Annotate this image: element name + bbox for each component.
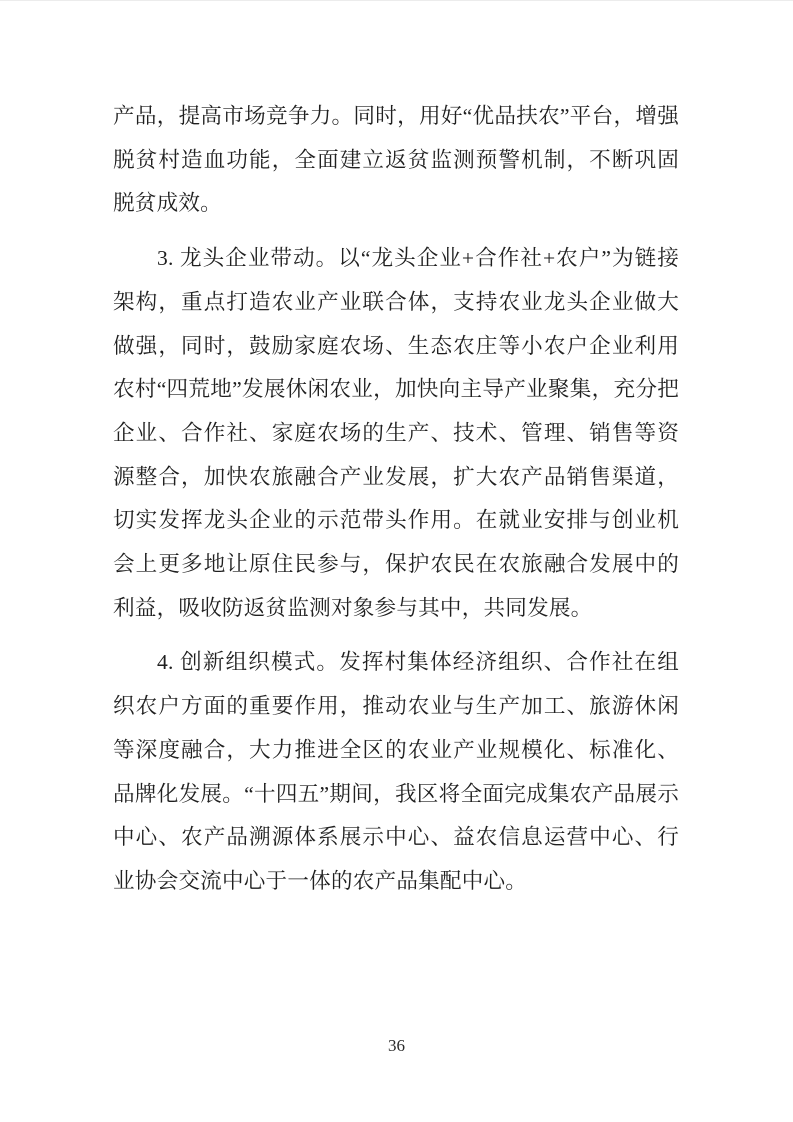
document-page: 产品，提高市场竞争力。同时，用好“优品扶农”平台，增强脱贫村造血功能，全面建立返… — [0, 0, 793, 1122]
document-body: 产品，提高市场竞争力。同时，用好“优品扶农”平台，增强脱贫村造血功能，全面建立返… — [113, 95, 679, 904]
paragraph: 4. 创新组织模式。发挥村集体经济组织、合作社在组织农户方面的重要作用，推动农业… — [113, 641, 679, 903]
paragraph: 产品，提高市场竞争力。同时，用好“优品扶农”平台，增强脱贫村造血功能，全面建立返… — [113, 95, 679, 226]
page-number: 36 — [0, 1035, 793, 1057]
paragraph: 3. 龙头企业带动。以“龙头企业+合作社+农户”为链接架构，重点打造农业产业联合… — [113, 237, 679, 630]
